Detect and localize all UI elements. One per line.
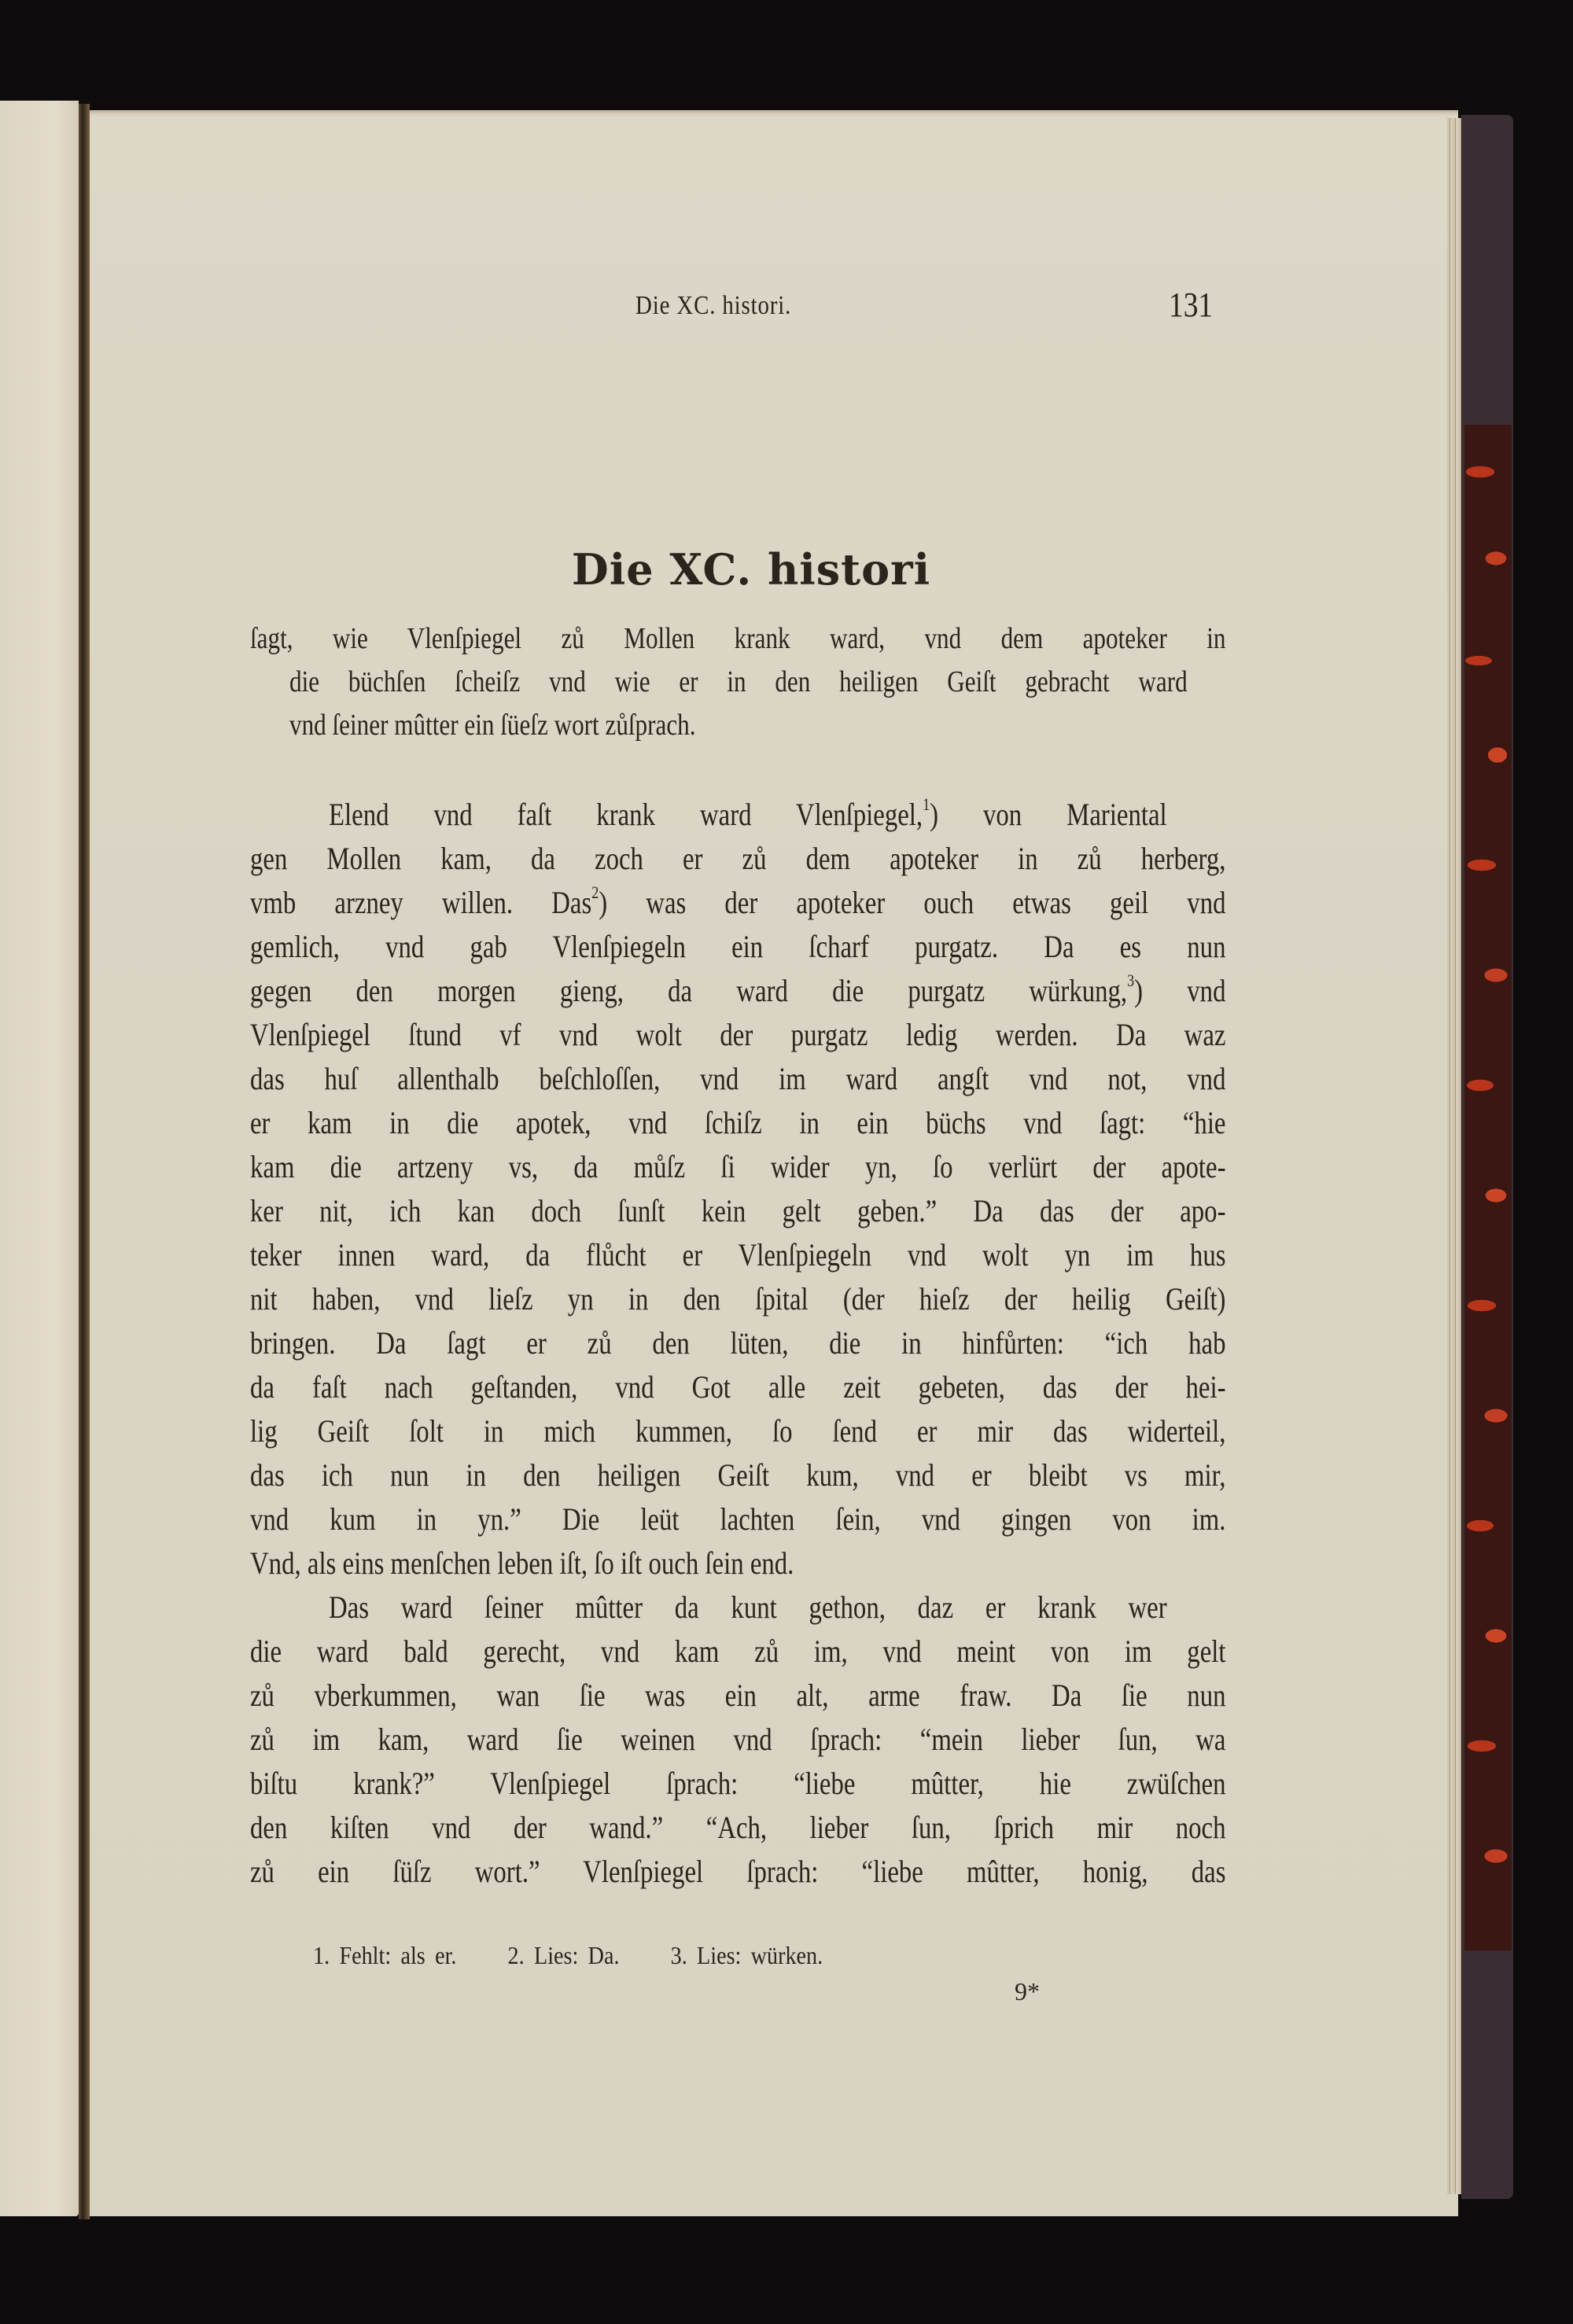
summary-line: ſagt, wie Vlenſpiegel zů Mollen krank wa… <box>250 617 1225 661</box>
body-line: zů im kam, ward ſie weinen vnd ſprach: “… <box>250 1718 1225 1762</box>
summary-line: vnd ſeiner mûtter ein ſüeſz wort zůſprac… <box>250 704 1225 747</box>
body-line-text: gen Mollen kam, da zoch er zů dem apotek… <box>250 837 1225 881</box>
body-line: gemlich, vnd gab Vlenſpiegeln ein ſcharf… <box>250 925 1225 969</box>
body-line-text: den kiſten vnd der wand.” “Ach, lieber ſ… <box>250 1806 1225 1850</box>
signature-mark: 9* <box>1015 1977 1040 2006</box>
marbled-cover <box>1464 425 1512 1950</box>
footnote-1: 1. Fehlt: als er. <box>313 1941 456 1969</box>
body-line: ker nit, ich kan doch ſunſt kein gelt ge… <box>250 1189 1225 1233</box>
body-line: vnd kum in yn.” Die leüt lachten ſein, v… <box>250 1497 1225 1541</box>
body-line-text: Vnd, als eins menſchen leben iſt, ſo iſt… <box>250 1541 1225 1586</box>
body-text: Elend vnd faſt krank ward Vlenſpiegel,1)… <box>250 793 1225 1894</box>
footnote-marker: 1 <box>923 794 930 814</box>
summary-line-text: ſagt, wie Vlenſpiegel zů Mollen krank wa… <box>250 617 1225 661</box>
body-line: zů vberkummen, wan ſie was ein alt, arme… <box>250 1674 1225 1718</box>
footnote-marker: 3 <box>1127 970 1134 990</box>
body-line: biſtu krank?” Vlenſpiegel ſprach: “liebe… <box>250 1762 1225 1806</box>
footnote-2: 2. Lies: Da. <box>508 1941 620 1969</box>
chapter-title-text: Die XC. histori <box>572 544 930 595</box>
body-line: Elend vnd faſt krank ward Vlenſpiegel,1)… <box>250 793 1225 837</box>
chapter-title: Die XC. histori <box>0 544 1573 595</box>
body-line-text: Das ward ſeiner mûtter da kunt gethon, d… <box>329 1586 1167 1630</box>
body-line: da faſt nach geſtanden, vnd Got alle zei… <box>250 1365 1225 1409</box>
body-line: kam die artzeny vs, da můſz ſi wider yn,… <box>250 1145 1225 1189</box>
body-line: zů ein ſüſz wort.” Vlenſpiegel ſprach: “… <box>250 1850 1225 1894</box>
footnotes: 1. Fehlt: als er. 2. Lies: Da. 3. Lies: … <box>313 1941 864 1970</box>
footnote-3: 3. Lies: würken. <box>671 1941 823 1969</box>
footnote-marker: 2 <box>591 882 599 902</box>
body-line-text: lig Geiſt ſolt in mich kummen, ſo ſend e… <box>250 1409 1225 1453</box>
body-line: vmb arzney willen. Das2) was der apoteke… <box>250 881 1225 925</box>
body-line-text: biſtu krank?” Vlenſpiegel ſprach: “liebe… <box>250 1762 1225 1806</box>
body-line: Vnd, als eins menſchen leben iſt, ſo iſt… <box>250 1541 1225 1586</box>
body-line: die ward bald gerecht, vnd kam zů im, vn… <box>250 1630 1225 1674</box>
body-line-text: er kam in die apotek, vnd ſchiſz in ein … <box>250 1101 1225 1145</box>
body-line-text: bringen. Da ſagt er zů den lüten, die in… <box>250 1321 1225 1365</box>
body-line-text: Vlenſpiegel ſtund vf vnd wolt der purgat… <box>250 1013 1225 1057</box>
running-head: Die XC. histori. <box>635 291 791 321</box>
chapter-summary: ſagt, wie Vlenſpiegel zů Mollen krank wa… <box>250 617 1225 747</box>
body-line-text: zů im kam, ward ſie weinen vnd ſprach: “… <box>250 1718 1225 1762</box>
body-line-text: teker innen ward, da flůcht er Vlenſpieg… <box>250 1233 1225 1277</box>
body-line: Das ward ſeiner mûtter da kunt gethon, d… <box>250 1586 1225 1630</box>
summary-line-text: die büchſen ſcheiſz vnd wie er in den he… <box>289 661 1188 704</box>
body-line: Vlenſpiegel ſtund vf vnd wolt der purgat… <box>250 1013 1225 1057</box>
body-line-text: das ich nun in den heiligen Geiſt kum, v… <box>250 1453 1225 1497</box>
body-line-text: gegen den morgen gieng, da ward die purg… <box>250 969 1225 1013</box>
body-line-text: zů ein ſüſz wort.” Vlenſpiegel ſprach: “… <box>250 1850 1225 1894</box>
body-line-text: ker nit, ich kan doch ſunſt kein gelt ge… <box>250 1189 1225 1233</box>
body-line: gen Mollen kam, da zoch er zů dem apotek… <box>250 837 1225 881</box>
body-line-text: vnd kum in yn.” Die leüt lachten ſein, v… <box>250 1497 1225 1541</box>
body-line-text: zů vberkummen, wan ſie was ein alt, arme… <box>250 1674 1225 1718</box>
body-line-text: Elend vnd faſt krank ward Vlenſpiegel,1)… <box>329 793 1167 837</box>
body-line-text: nit haben, vnd lieſz yn in den ſpital (d… <box>250 1277 1225 1321</box>
body-line-text: da faſt nach geſtanden, vnd Got alle zei… <box>250 1365 1225 1409</box>
body-line-text: die ward bald gerecht, vnd kam zů im, vn… <box>250 1630 1225 1674</box>
body-line: das ich nun in den heiligen Geiſt kum, v… <box>250 1453 1225 1497</box>
body-line-text: kam die artzeny vs, da můſz ſi wider yn,… <box>250 1145 1225 1189</box>
body-line: er kam in die apotek, vnd ſchiſz in ein … <box>250 1101 1225 1145</box>
body-line: gegen den morgen gieng, da ward die purg… <box>250 969 1225 1013</box>
body-line: das huſ allenthalb beſchloſſen, vnd im w… <box>250 1057 1225 1101</box>
body-line: lig Geiſt ſolt in mich kummen, ſo ſend e… <box>250 1409 1225 1453</box>
body-line: nit haben, vnd lieſz yn in den ſpital (d… <box>250 1277 1225 1321</box>
body-line-text: gemlich, vnd gab Vlenſpiegeln ein ſcharf… <box>250 925 1225 969</box>
body-line-text: das huſ allenthalb beſchloſſen, vnd im w… <box>250 1057 1225 1101</box>
body-line: den kiſten vnd der wand.” “Ach, lieber ſ… <box>250 1806 1225 1850</box>
body-line-text: vmb arzney willen. Das2) was der apoteke… <box>250 881 1225 925</box>
facing-page-edge <box>0 101 79 2216</box>
body-line: teker innen ward, da flůcht er Vlenſpieg… <box>250 1233 1225 1277</box>
page-number: 131 <box>1169 285 1213 325</box>
book-gutter <box>79 104 90 2219</box>
summary-line: die büchſen ſcheiſz vnd wie er in den he… <box>250 661 1225 704</box>
page-block-edges <box>1447 118 1461 2194</box>
body-line: bringen. Da ſagt er zů den lüten, die in… <box>250 1321 1225 1365</box>
summary-line-text: vnd ſeiner mûtter ein ſüeſz wort zůſprac… <box>289 704 1225 747</box>
